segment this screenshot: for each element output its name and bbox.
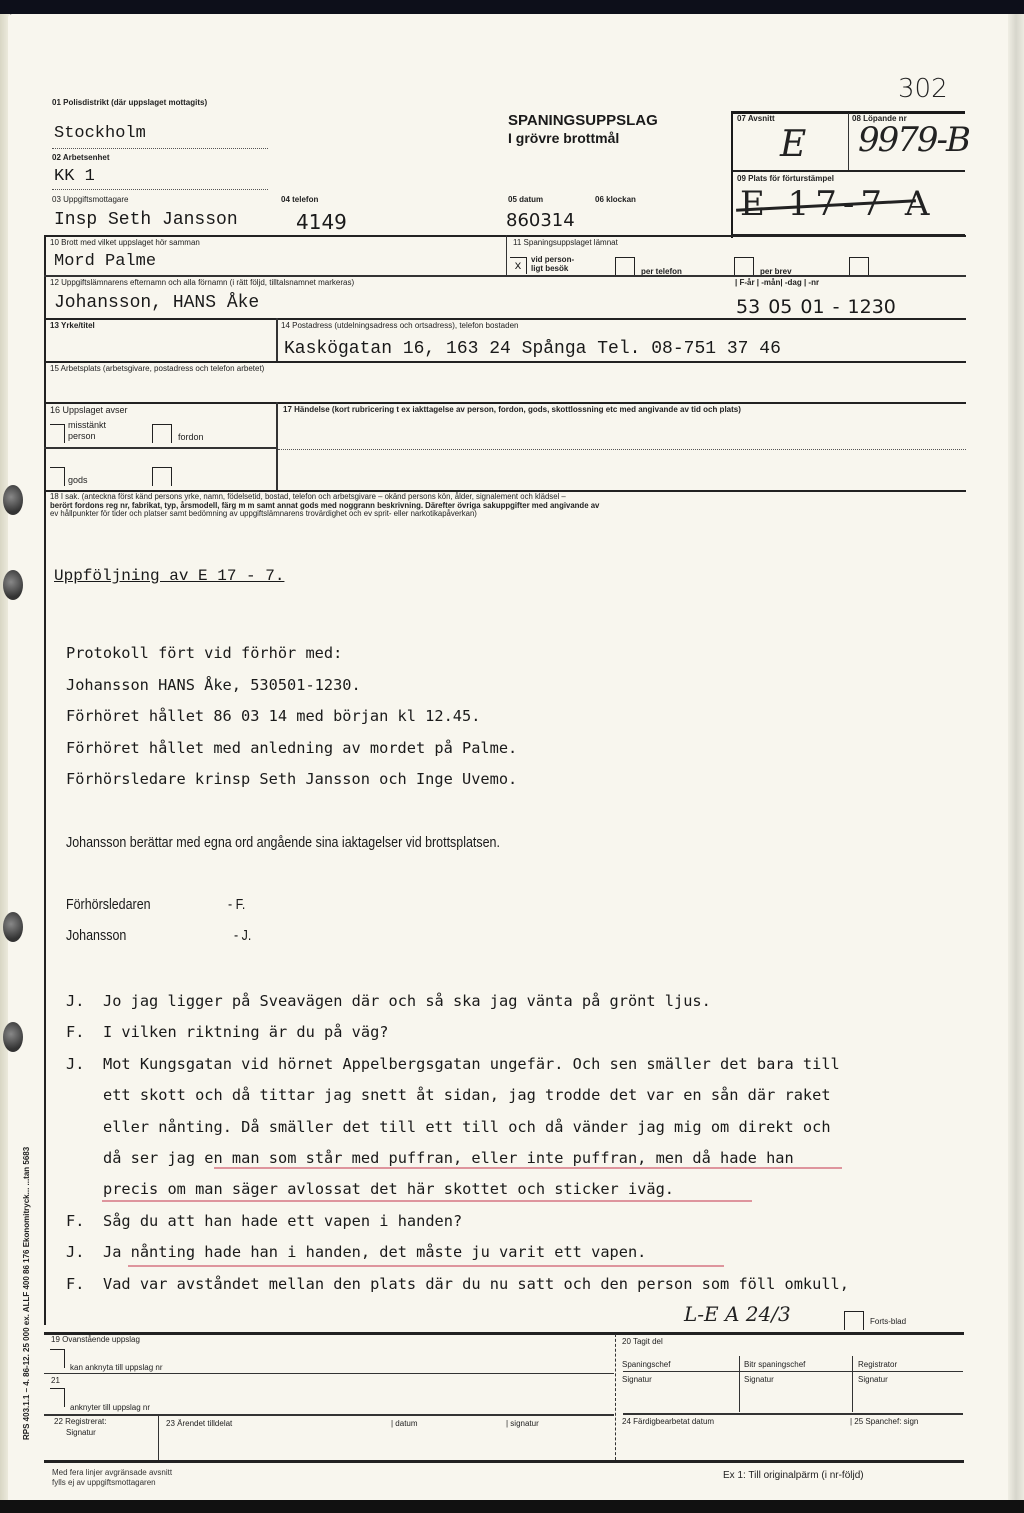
pnr-label: | F-år | -mån| -dag | -nr — [735, 278, 819, 287]
dialogue-text: Ja nånting hade han i handen, det måste … — [103, 1243, 646, 1261]
field25-label: | 25 Spanchef: sign — [850, 1417, 918, 1426]
divider — [44, 235, 966, 237]
option-gods-label: gods — [68, 475, 88, 485]
forts-blad-label: Forts-blad — [870, 1317, 906, 1326]
spaningschef-label: Spaningschef — [622, 1360, 670, 1369]
option-personal-visit-label: vid person- ligt besök — [531, 255, 574, 273]
divider — [52, 148, 268, 149]
protocol-line: Förhöret hållet 86 03 14 med början kl 1… — [66, 707, 517, 739]
dialogue-line: J.Jo jag ligger på Sveavägen där och så … — [66, 992, 849, 1023]
protocol-line: Förhöret hållet med anledning av mordet … — [66, 739, 517, 771]
checkbox-field21[interactable] — [50, 1388, 65, 1407]
divider — [276, 402, 278, 490]
checkbox-personal-visit[interactable]: x — [510, 257, 527, 274]
protocol-line: Protokoll fört vid förhör med: — [66, 644, 517, 676]
divider — [278, 449, 966, 450]
pnr-value: 53 05 01 - 1230 — [736, 296, 896, 318]
field07-value: E — [780, 124, 806, 165]
field15-label: 15 Arbetsplats (arbetsgivare, postadress… — [50, 364, 264, 373]
divider — [44, 402, 966, 404]
checkbox-per-telefon[interactable] — [615, 257, 635, 276]
speaker-label: F. — [66, 1212, 103, 1230]
field03-label: 03 Uppgiftsmottagare — [52, 195, 129, 204]
divider — [44, 447, 276, 449]
punch-hole — [3, 1022, 23, 1052]
speaker-label: F. — [66, 1275, 103, 1293]
checkbox-gods[interactable] — [50, 467, 65, 486]
divider — [44, 1373, 614, 1374]
field18-label-line3: ev hållpunkter för tider och platser sam… — [50, 510, 599, 519]
divider — [44, 1460, 964, 1463]
field14-value: Kaskögatan 16, 163 24 Spånga Tel. 08-751… — [284, 339, 781, 359]
option-misstankt-person-label: misstänkt person — [68, 420, 106, 442]
divider — [739, 1356, 740, 1412]
divider — [506, 235, 507, 275]
dialogue-text: Vad var avståndet mellan den plats där d… — [103, 1275, 849, 1293]
field21-label: 21 — [51, 1376, 60, 1385]
margin-print: RPS 403.1.1 – 4. 86-12. 25 000 ex. ALLF … — [22, 1147, 31, 1440]
field06-label: 06 klockan — [595, 195, 636, 204]
field04-value: 4149 — [296, 210, 347, 234]
divider — [158, 1414, 159, 1460]
dialogue-text: Såg du att han hade ett vapen i handen? — [103, 1212, 462, 1230]
dialogue-line: precis om man säger avlossat det här sko… — [66, 1180, 849, 1211]
divider — [623, 1413, 963, 1415]
highlight-underline — [102, 1200, 752, 1202]
field14-label: 14 Postadress (utdelningsadress och orts… — [281, 321, 518, 330]
field01-label: 01 Polisdistrikt (där uppslaget mottagit… — [52, 98, 207, 107]
divider — [615, 1334, 616, 1460]
checkbox-per-brev[interactable] — [734, 257, 754, 276]
checkbox-misstankt-person[interactable] — [50, 424, 65, 443]
field21-sub: anknyter till uppslag nr — [70, 1403, 150, 1412]
dialogue-text: eller nånting. Då smäller det till ett t… — [103, 1118, 831, 1136]
legend-witness-abbr: - J. — [234, 928, 251, 944]
dialogue-text: ett skott och då tittar jag snett åt sid… — [103, 1086, 831, 1104]
dialogue-text: I vilken riktning är du på väg? — [103, 1023, 389, 1041]
divider — [44, 275, 966, 277]
document-page: 302 01 Polisdistrikt (där uppslaget mott… — [8, 14, 1016, 1504]
punch-hole — [3, 912, 23, 942]
field04-label: 04 telefon — [281, 195, 318, 204]
speaker-label: J. — [66, 1055, 103, 1073]
form-subtitle: I grövre brottmål — [508, 130, 619, 146]
scan-bottom-edge — [0, 1500, 1024, 1513]
dialogue-text: precis om man säger avlossat det här sko… — [103, 1180, 674, 1198]
divider — [44, 361, 966, 363]
legend-interviewer-name: Förhörsledaren — [66, 897, 151, 913]
protocol-block: Protokoll fört vid förhör med: Johansson… — [66, 644, 517, 802]
field24-label: 24 Färdigbearbetat datum — [622, 1417, 714, 1426]
field11-label: 11 Spaningsuppslaget lämnat — [513, 238, 618, 247]
divider — [44, 1332, 964, 1335]
dialogue-line: J.Mot Kungsgatan vid hörnet Appelbergsga… — [66, 1055, 849, 1086]
field05-label: 05 datum — [508, 195, 543, 204]
divider — [44, 1414, 614, 1416]
field22-sub: Signatur — [66, 1428, 96, 1437]
datum-label: | datum — [391, 1419, 418, 1428]
field01-value: Stockholm — [54, 124, 146, 143]
field19-sub: kan anknyta till uppslag nr — [70, 1363, 163, 1372]
field23-label: 23 Ärendet tilldelat — [166, 1419, 232, 1428]
field10-value: Mord Palme — [54, 252, 156, 271]
footer-note-line1: Med fera linjer avgränsade avsnitt — [52, 1468, 172, 1478]
punch-hole — [3, 570, 23, 600]
highlight-underline — [214, 1167, 842, 1169]
speaker-label: J. — [66, 1243, 103, 1261]
form-left-border — [44, 235, 46, 1325]
dialogue-line: J.Ja nånting hade han i handen, det måst… — [66, 1243, 849, 1274]
field17-label: 17 Händelse (kort rubricering t ex iaktt… — [283, 405, 953, 415]
body-heading: Uppföljning av E 17 - 7. — [54, 567, 284, 585]
field12-label: 12 Uppgiftslämnarens efternamn och alla … — [50, 278, 354, 287]
signatur-bitr: Signatur — [744, 1375, 774, 1384]
dialogue-text: Jo jag ligger på Sveavägen där och så sk… — [103, 992, 711, 1010]
divider — [852, 1356, 853, 1412]
field08-value: 9979-B — [858, 120, 969, 160]
field22-label: 22 Registrerat: — [54, 1417, 106, 1426]
legend-interviewer-abbr: - F. — [228, 897, 245, 913]
field16-label: 16 Uppslaget avser — [50, 405, 128, 415]
field19-label: 19 Ovanstående uppslag — [51, 1335, 140, 1344]
footer-note-line2: fylls ej av uppgiftsmottagaren — [52, 1478, 172, 1488]
checkbox-field19[interactable] — [50, 1349, 65, 1368]
field03-value: Insp Seth Jansson — [54, 210, 238, 230]
protocol-line: Förhörsledare krinsp Seth Jansson och In… — [66, 770, 517, 802]
speaker-label: J. — [66, 992, 103, 1010]
registrator-label: Registrator — [858, 1360, 897, 1369]
dialogue-line: ett skott och då tittar jag snett åt sid… — [66, 1086, 849, 1117]
signatur-label: | signatur — [506, 1419, 539, 1428]
signatur-registrator: Signatur — [858, 1375, 888, 1384]
form-title: SPANINGSUPPSLAG — [508, 112, 658, 129]
divider — [52, 189, 268, 190]
bitr-spaningschef-label: Bitr spaningschef — [744, 1360, 805, 1369]
page-edge-right — [1008, 14, 1024, 1504]
field02-value: KK 1 — [54, 167, 95, 186]
divider — [848, 113, 849, 171]
field20-label: 20 Tagit del — [622, 1337, 663, 1346]
field02-label: 02 Arbetsenhet — [52, 153, 110, 162]
field18-label: 18 I sak. (anteckna först känd persons y… — [50, 493, 599, 519]
copy-note: Ex 1: Till originalpärm (i nr-följd) — [723, 1470, 864, 1481]
highlight-underline — [128, 1265, 724, 1267]
signatur-spaningschef: Signatur — [622, 1375, 652, 1384]
dialogue-line: F.I vilken riktning är du på väg? — [66, 1023, 849, 1054]
punch-hole — [3, 485, 23, 515]
handwritten-note: L-E A 24/3 — [684, 1302, 791, 1326]
protocol-line: Johansson HANS Åke, 530501-1230. — [66, 676, 517, 708]
page-number: 302 — [898, 74, 948, 104]
dialogue-text: Mot Kungsgatan vid hörnet Appelbergsgata… — [103, 1055, 840, 1073]
footer-note: Med fera linjer avgränsade avsnitt fylls… — [52, 1468, 172, 1488]
option-fordon-label: fordon — [178, 432, 204, 442]
checkbox-fordon[interactable] — [152, 424, 172, 443]
dialogue-text: då ser jag en man som står med puffran, … — [103, 1149, 794, 1167]
divider — [623, 1371, 963, 1372]
legend-witness-name: Johansson — [66, 928, 126, 944]
checkbox-forts-blad[interactable] — [844, 1311, 864, 1330]
field13-label: 13 Yrke/titel — [50, 321, 95, 330]
field09-label: 09 Plats för förturstämpel — [737, 174, 834, 183]
dialogue-block: J.Jo jag ligger på Sveavägen där och så … — [66, 992, 849, 1306]
dialogue-line: eller nånting. Då smäller det till ett t… — [66, 1118, 849, 1149]
dialogue-line: då ser jag en man som står med puffran, … — [66, 1149, 849, 1180]
field10-label: 10 Brott med vilket uppslaget hör samman — [50, 238, 200, 247]
divider — [44, 318, 966, 320]
divider — [733, 170, 965, 172]
dialogue-line: F.Såg du att han hade ett vapen i handen… — [66, 1212, 849, 1243]
speaker-label: F. — [66, 1023, 103, 1041]
field07-label: 07 Avsnitt — [737, 114, 775, 123]
field05-value: 860314 — [506, 210, 575, 231]
checkbox-other[interactable] — [849, 257, 869, 276]
field12-value: Johansson, HANS Åke — [54, 293, 259, 313]
intro-line: Johansson berättar med egna ord angående… — [66, 835, 500, 851]
checkbox-other-16[interactable] — [152, 467, 172, 486]
divider — [276, 318, 278, 362]
